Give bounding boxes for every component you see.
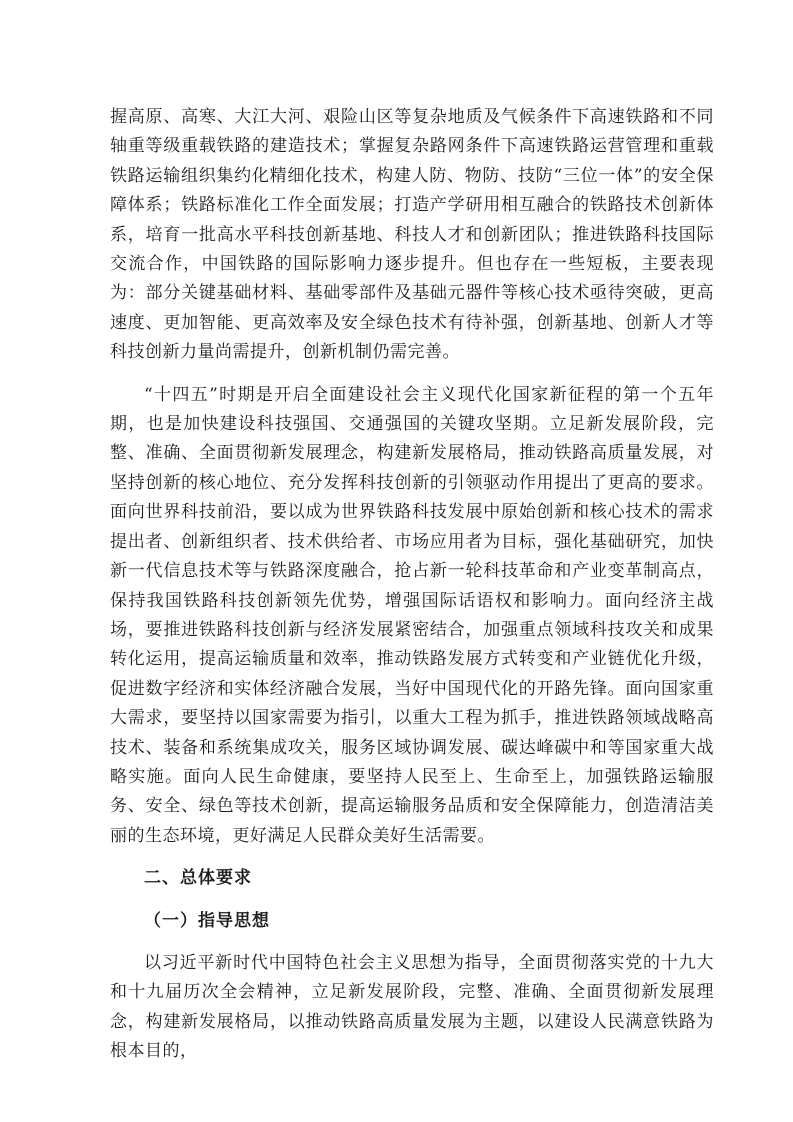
paragraph: 握高原、高寒、大江大河、艰险山区等复杂地质及气候条件下高速铁路和不同轴重等级重载… bbox=[110, 103, 714, 368]
paragraph: 以习近平新时代中国特色社会主义思想为指导，全面贯彻落实党的十九大和十九届历次全会… bbox=[110, 949, 714, 1067]
text-block: 握高原、高寒、大江大河、艰险山区等复杂地质及气候条件下高速铁路和不同轴重等级重载… bbox=[110, 103, 714, 1080]
section-heading: 二、总体要求 bbox=[110, 864, 714, 893]
subsection-heading: （一）指导思想 bbox=[110, 907, 714, 936]
document-page: 握高原、高寒、大江大河、艰险山区等复杂地质及气候条件下高速铁路和不同轴重等级重载… bbox=[0, 0, 793, 1122]
paragraph: “十四五”时期是开启全面建设社会主义现代化国家新征程的第一个五年期，也是加快建设… bbox=[110, 381, 714, 852]
